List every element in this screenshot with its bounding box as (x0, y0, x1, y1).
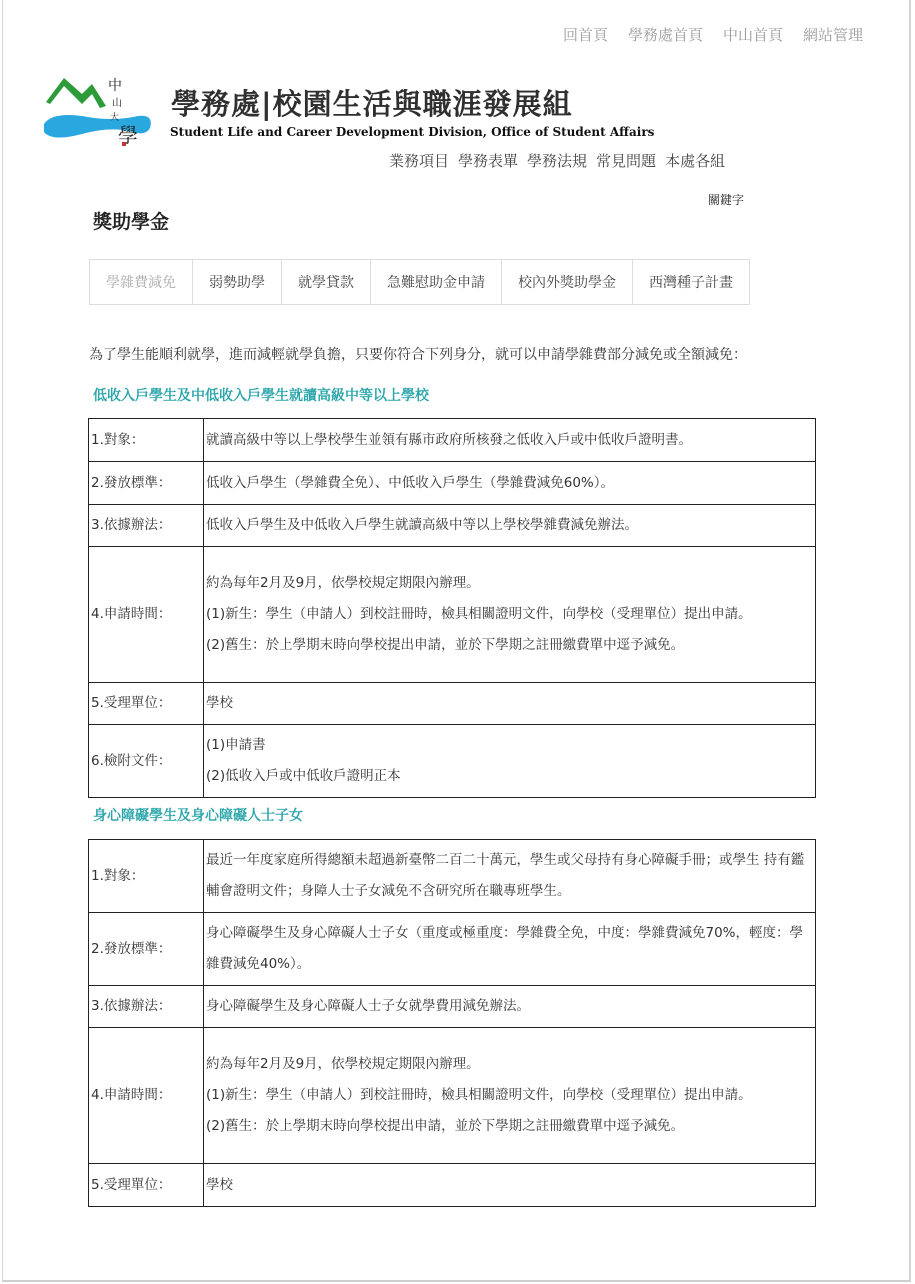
value-line: 約為每年2月及9月，依學校規定期限內辦理。 (206, 1049, 813, 1080)
svg-text:中: 中 (108, 77, 122, 94)
intro-text: 為了學生能順利就學，進而減輕就學負擔，只要你符合下列身分，就可以申請學雜費部分減… (89, 344, 747, 364)
svg-text:大: 大 (110, 111, 119, 123)
tab-tuition-reduction[interactable]: 學雜費減免 (89, 259, 193, 305)
svg-text:山: 山 (112, 96, 122, 109)
main-nav: 業務項目 學務表單 學務法規 常見問題 本處各組 (389, 150, 725, 171)
university-logo[interactable]: 中 山 大 學 (42, 72, 154, 152)
row-label: 2.發放標準： (89, 913, 204, 986)
tab-emergency-relief[interactable]: 急難慰助金申請 (370, 259, 502, 305)
table-row: 2.發放標準： 低收入戶學生（學雜費全免）、中低收入戶學生（學雜費減免60%）。 (89, 462, 816, 505)
table-row: 5.受理單位： 學校 (89, 683, 816, 725)
row-value: 約為每年2月及9月，依學校規定期限內辦理。 (1)新生：學生（申請人）到校註冊時… (204, 547, 816, 683)
link-home[interactable]: 回首頁 (563, 24, 608, 45)
tab-disadvantaged-aid[interactable]: 弱勢助學 (192, 259, 282, 305)
nav-services[interactable]: 業務項目 (389, 150, 449, 171)
nav-divisions[interactable]: 本處各組 (665, 150, 725, 171)
page-title: 獎助學金 (93, 207, 169, 234)
nav-faq[interactable]: 常見問題 (596, 150, 656, 171)
row-value: 學校 (204, 683, 816, 725)
link-site-admin[interactable]: 網站管理 (803, 24, 863, 45)
low-income-table: 1.對象： 就讀高級中等以上學校學生並領有縣市政府所核發之低收入戶或中低收戶證明… (88, 418, 816, 798)
disability-table: 1.對象： 最近一年度家庭所得總額未超過新臺幣二百二十萬元，學生或父母持有身心障… (88, 839, 816, 1207)
row-value: (1)申請書 (2)低收入戶或中低收戶證明正本 (204, 725, 816, 798)
row-label: 5.受理單位： (89, 1164, 204, 1207)
table-row: 1.對象： 就讀高級中等以上學校學生並領有縣市政府所核發之低收入戶或中低收戶證明… (89, 419, 816, 462)
row-value: 身心障礙學生及身心障礙人士子女（重度或極重度：學雜費全免，中度：學雜費減免70%… (204, 913, 816, 986)
tab-seed-program[interactable]: 西灣種子計畫 (632, 259, 750, 305)
row-label: 1.對象： (89, 840, 204, 913)
value-line: (2)舊生：於上學期末時向學校提出申請，並於下學期之註冊繳費單中逕予減免。 (206, 1111, 813, 1142)
tab-student-loan[interactable]: 就學貸款 (281, 259, 371, 305)
link-osa-home[interactable]: 學務處首頁 (628, 24, 703, 45)
row-value: 最近一年度家庭所得總額未超過新臺幣二百二十萬元，學生或父母持有身心障礙手冊；或學… (204, 840, 816, 913)
row-value: 就讀高級中等以上學校學生並領有縣市政府所核發之低收入戶或中低收戶證明書。 (204, 419, 816, 462)
value-line: (1)新生：學生（申請人）到校註冊時，檢具相關證明文件，向學校（受理單位）提出申… (206, 1080, 813, 1111)
row-label: 5.受理單位： (89, 683, 204, 725)
value-line: (2)舊生：於上學期末時向學校提出申請，並於下學期之註冊繳費單中逕予減免。 (206, 630, 813, 661)
site-title: 學務處|校園生活與職涯發展組 (171, 82, 573, 123)
keyword-search-label[interactable]: 關鍵字 (708, 191, 744, 208)
table-row: 1.對象： 最近一年度家庭所得總額未超過新臺幣二百二十萬元，學生或父母持有身心障… (89, 840, 816, 913)
row-value: 身心障礙學生及身心障礙人士子女就學費用減免辦法。 (204, 986, 816, 1028)
top-links: 回首頁 學務處首頁 中山首頁 網站管理 (563, 24, 863, 45)
row-label: 3.依據辦法： (89, 986, 204, 1028)
row-value: 約為每年2月及9月，依學校規定期限內辦理。 (1)新生：學生（申請人）到校註冊時… (204, 1028, 816, 1164)
link-nsysu-home[interactable]: 中山首頁 (723, 24, 783, 45)
nav-regulations[interactable]: 學務法規 (527, 150, 587, 171)
row-label: 2.發放標準： (89, 462, 204, 505)
row-value: 低收入戶學生及中低收入戶學生就讀高級中等以上學校學雜費減免辦法。 (204, 505, 816, 547)
table-row: 3.依據辦法： 低收入戶學生及中低收入戶學生就讀高級中等以上學校學雜費減免辦法。 (89, 505, 816, 547)
svg-text:學: 學 (118, 123, 138, 147)
scholarship-tabs: 學雜費減免 弱勢助學 就學貸款 急難慰助金申請 校內外獎助學金 西灣種子計畫 (89, 259, 749, 305)
value-line: (2)低收入戶或中低收戶證明正本 (206, 761, 813, 792)
table-row: 4.申請時間： 約為每年2月及9月，依學校規定期限內辦理。 (1)新生：學生（申… (89, 1028, 816, 1164)
nav-forms[interactable]: 學務表單 (458, 150, 518, 171)
row-label: 4.申請時間： (89, 1028, 204, 1164)
row-value: 低收入戶學生（學雜費全免）、中低收入戶學生（學雜費減免60%）。 (204, 462, 816, 505)
value-line: (1)新生：學生（申請人）到校註冊時，檢具相關證明文件，向學校（受理單位）提出申… (206, 599, 813, 630)
table-row: 3.依據辦法： 身心障礙學生及身心障礙人士子女就學費用減免辦法。 (89, 986, 816, 1028)
section-title-disability: 身心障礙學生及身心障礙人士子女 (93, 805, 303, 825)
value-line: 約為每年2月及9月，依學校規定期限內辦理。 (206, 568, 813, 599)
table-row: 5.受理單位： 學校 (89, 1164, 816, 1207)
row-value: 學校 (204, 1164, 816, 1207)
row-label: 6.檢附文件： (89, 725, 204, 798)
table-row: 6.檢附文件： (1)申請書 (2)低收入戶或中低收戶證明正本 (89, 725, 816, 798)
table-row: 4.申請時間： 約為每年2月及9月，依學校規定期限內辦理。 (1)新生：學生（申… (89, 547, 816, 683)
row-label: 3.依據辦法： (89, 505, 204, 547)
site-subtitle: Student Life and Career Development Divi… (170, 125, 654, 139)
row-label: 1.對象： (89, 419, 204, 462)
row-label: 4.申請時間： (89, 547, 204, 683)
table-row: 2.發放標準： 身心障礙學生及身心障礙人士子女（重度或極重度：學雜費全免，中度：… (89, 913, 816, 986)
tab-scholarships[interactable]: 校內外獎助學金 (501, 259, 633, 305)
section-title-low-income: 低收入戶學生及中低收入戶學生就讀高級中等以上學校 (93, 385, 429, 405)
value-line: (1)申請書 (206, 730, 813, 761)
